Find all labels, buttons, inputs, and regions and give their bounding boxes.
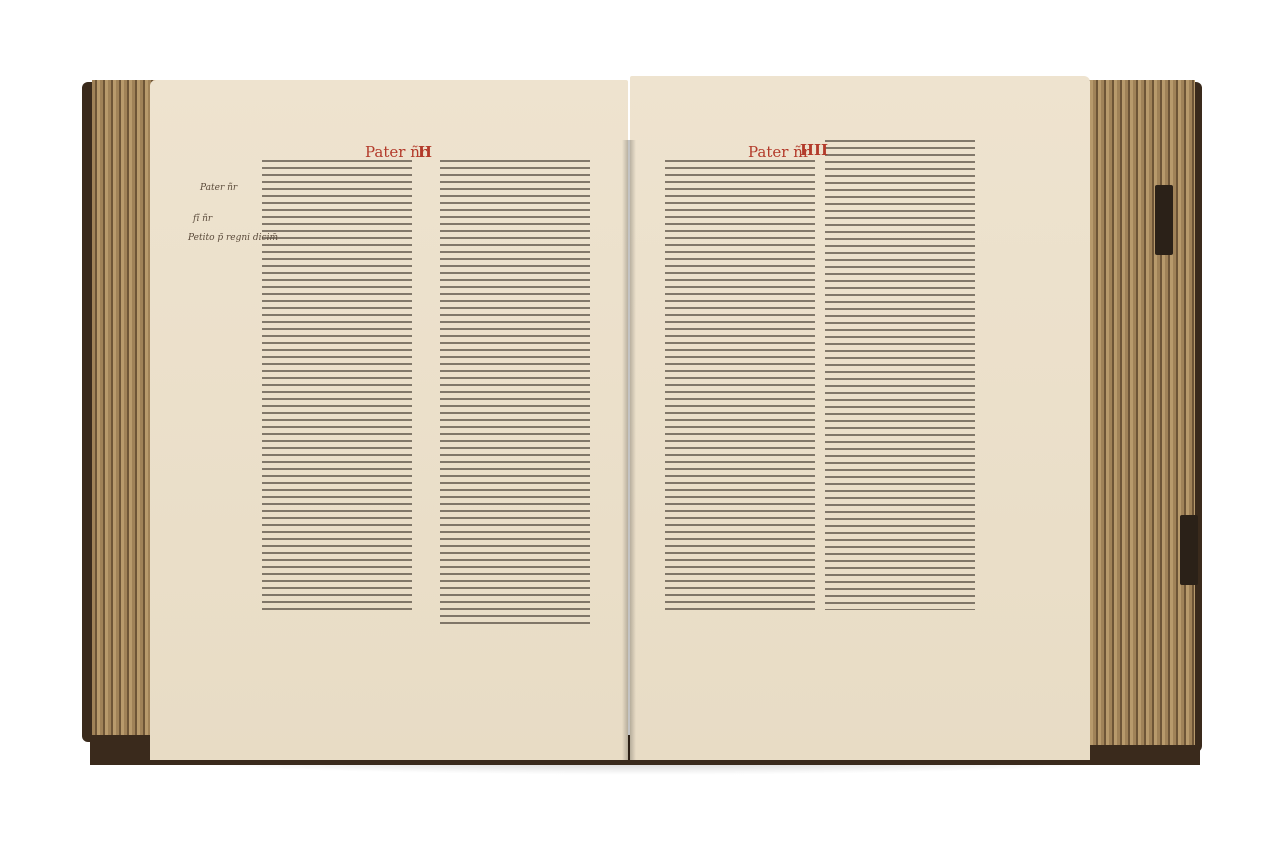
upper-clasp <box>1155 185 1173 255</box>
right-page-column-2 <box>825 140 975 610</box>
left-page-column-2 <box>440 160 590 625</box>
right-page-edges <box>1085 80 1195 745</box>
left-page-column-1 <box>262 160 412 610</box>
gutter <box>622 140 636 760</box>
left-folio-mark: II <box>418 143 432 161</box>
book-photo: Pater ñr II Pater ñr IIII Pater ñr fi… <box>0 0 1280 849</box>
lower-clasp <box>1180 515 1198 585</box>
margin-note-1: Pater ñr <box>200 183 237 193</box>
margin-note-2: fĩ ñr <box>193 214 212 224</box>
right-folio-mark: IIII <box>800 141 828 159</box>
margin-note-3: Petito p̃ regni dicim̃ <box>188 233 278 243</box>
right-page-column-1 <box>665 160 815 615</box>
